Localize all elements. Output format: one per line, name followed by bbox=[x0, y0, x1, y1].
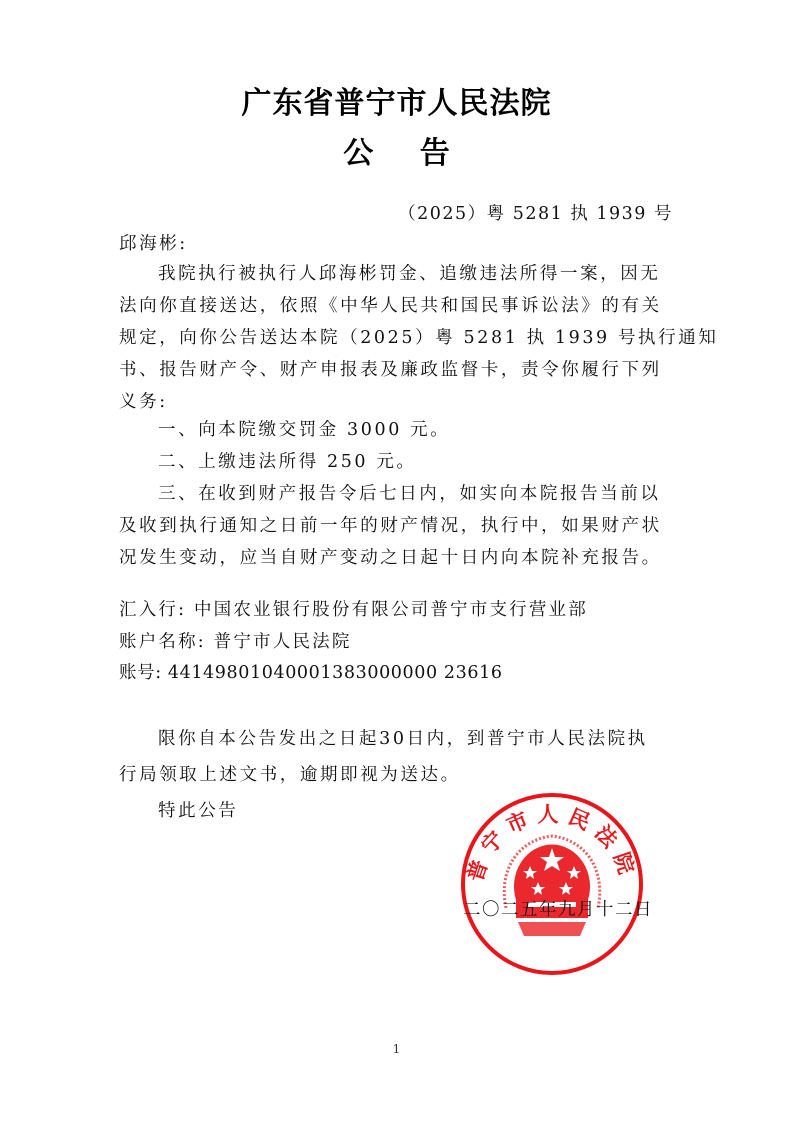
paragraph-line: 法向你直接送达，依照《中华人民共和国民事诉讼法》的有关 bbox=[119, 298, 662, 316]
account-number-line: 账号: 44149801040001383000000 23616 bbox=[119, 665, 503, 683]
court-name-title: 广东省普宁市人民法院 bbox=[0, 78, 793, 122]
account-name-line: 账户名称: 普宁市人民法院 bbox=[119, 634, 352, 652]
issue-date: 二〇二五年九月十二日 bbox=[463, 896, 653, 921]
obligation-item-continuation: 况发生变动，应当自财产变动之日起十日内向本院补充报告。 bbox=[119, 550, 662, 568]
paragraph-line: 义务: bbox=[119, 394, 168, 412]
obligation-item: 二、上缴违法所得 250 元。 bbox=[158, 454, 417, 472]
deadline-line: 行局领取上述文书，逾期即视为送达。 bbox=[119, 767, 461, 785]
deadline-line: 限你自本公告发出之日起30日内，到普宁市人民法院执 bbox=[158, 731, 648, 749]
bank-name-line: 汇入行: 中国农业银行股份有限公司普宁市支行营业部 bbox=[119, 602, 588, 620]
obligation-item: 一、向本院缴交罚金 3000 元。 bbox=[158, 422, 450, 440]
paragraph-line: 我院执行被执行人邱海彬罚金、追缴违法所得一案，因无 bbox=[158, 266, 661, 284]
case-number: （2025）粤 5281 执 1939 号 bbox=[398, 200, 673, 225]
document-page: 广东省普宁市人民法院 公 告 （2025）粤 5281 执 1939 号 邱海彬… bbox=[0, 0, 793, 1122]
page-number: 1 bbox=[0, 1042, 793, 1056]
obligation-item: 三、在收到财产报告令后七日内，如实向本院报告当前以 bbox=[158, 486, 661, 504]
obligation-item-continuation: 及收到执行通知之日前一年的财产情况，执行中，如果财产状 bbox=[119, 518, 662, 536]
paragraph-line: 书、报告财产令、财产申报表及廉政监督卡，责令你履行下列 bbox=[119, 362, 662, 380]
notice-title: 公 告 bbox=[0, 128, 793, 172]
court-seal-icon: 普宁市人民法院 bbox=[458, 790, 646, 978]
sign-off: 特此公告 bbox=[158, 803, 238, 821]
addressee: 邱海彬: bbox=[119, 236, 188, 254]
paragraph-line: 规定，向你公告送达本院（2025）粤 5281 执 1939 号执行通知 bbox=[119, 330, 718, 348]
